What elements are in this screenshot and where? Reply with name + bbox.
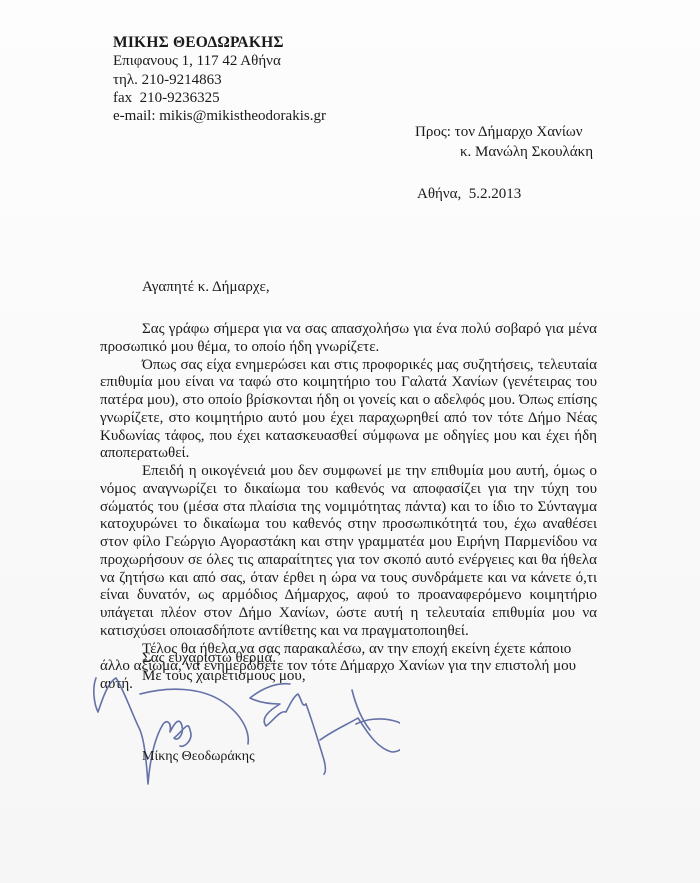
recipient-block: Προς: τον Δήμαρχο Χανίων κ. Μανώλη Σκουλ… xyxy=(415,122,593,162)
sender-block: ΜΙΚΗΣ ΘΕΟΔΩΡΑΚΗΣ Επιφανους 1, 117 42 Αθή… xyxy=(113,34,326,125)
sender-address: Επιφανους 1, 117 42 Αθήνα xyxy=(113,52,326,70)
sender-phone: τηλ. 210-9214863 xyxy=(113,71,326,89)
sender-name: ΜΙΚΗΣ ΘΕΟΔΩΡΑΚΗΣ xyxy=(113,34,326,52)
letter-page: ΜΙΚΗΣ ΘΕΟΔΩΡΑΚΗΣ Επιφανους 1, 117 42 Αθή… xyxy=(0,0,700,883)
salutation: Αγαπητέ κ. Δήμαρχε, xyxy=(142,279,270,296)
signed-name: Μίκης Θεοδωράκης xyxy=(142,749,255,765)
sender-email: e-mail: mikis@mikistheodorakis.gr xyxy=(113,107,326,125)
paragraph-2: Όπως σας είχα ενημερώσει και στις προφορ… xyxy=(100,357,597,464)
sender-fax: fax 210-9236325 xyxy=(113,89,326,107)
letter-date: Αθήνα, 5.2.2013 xyxy=(417,186,521,203)
paragraph-3: Επειδή η οικογένειά μου δεν συμφωνεί με … xyxy=(100,463,597,641)
recipient-line-1: Προς: τον Δήμαρχο Χανίων xyxy=(415,122,593,142)
letter-body: Σας γράφω σήμερα για να σας απασχολήσω γ… xyxy=(100,321,597,694)
closing-block: Σας ευχαριστώ θερμά. Με τους χαιρετισμού… xyxy=(142,649,306,685)
recipient-line-2: κ. Μανώλη Σκουλάκη xyxy=(415,142,593,162)
paragraph-1: Σας γράφω σήμερα για να σας απασχολήσω γ… xyxy=(100,321,597,357)
closing-thanks: Σας ευχαριστώ θερμά. xyxy=(142,649,306,667)
closing-regards: Με τους χαιρετισμούς μου, xyxy=(142,667,306,685)
